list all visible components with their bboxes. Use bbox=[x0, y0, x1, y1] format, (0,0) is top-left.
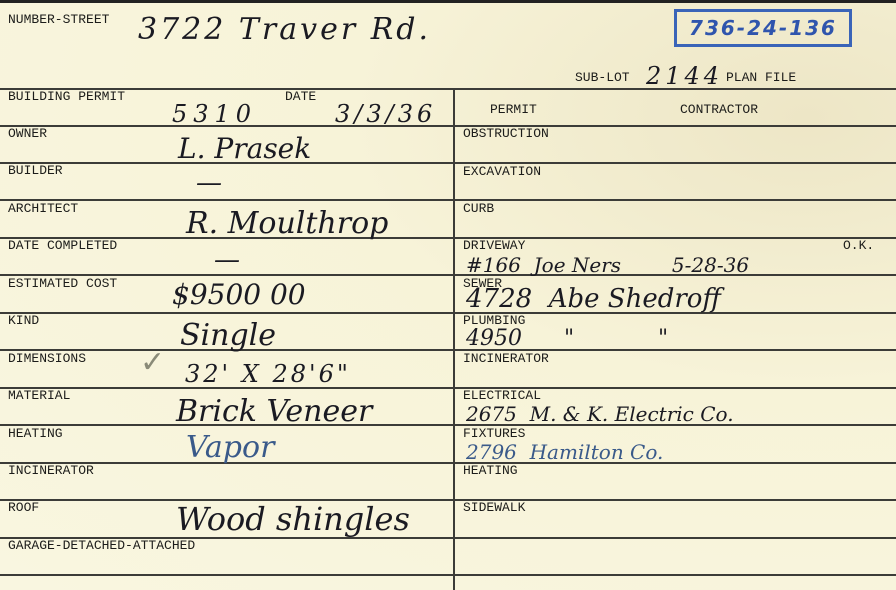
date-completed-value: — bbox=[214, 245, 240, 275]
owner-value: L. Prasek bbox=[178, 132, 311, 165]
material-label: MATERIAL bbox=[8, 388, 70, 403]
architect-value: R. Moulthrop bbox=[186, 206, 388, 241]
roof-label: ROOF bbox=[8, 500, 39, 515]
estimated-cost-value: $9500 00 bbox=[172, 278, 306, 311]
electrical-label: ELECTRICAL bbox=[463, 388, 541, 403]
dimensions-label: DIMENSIONS bbox=[8, 351, 86, 366]
builder-value: — bbox=[196, 168, 222, 198]
sub-lot-value: 2144 bbox=[646, 62, 723, 90]
file-number-stamp: 736-24-136 bbox=[674, 9, 852, 47]
number-street-label: NUMBER-STREET bbox=[8, 12, 109, 27]
material-value: Brick Veneer bbox=[176, 394, 372, 429]
contractor-header: CONTRACTOR bbox=[680, 102, 758, 117]
date-label: DATE bbox=[285, 89, 316, 104]
owner-label: OWNER bbox=[8, 126, 47, 141]
check-mark-icon: ✓ bbox=[140, 345, 165, 380]
kind-label: KIND bbox=[8, 313, 39, 328]
ok-label: O.K. bbox=[843, 238, 874, 253]
plan-file-label: PLAN FILE bbox=[726, 70, 796, 85]
heating-permit-label: HEATING bbox=[463, 463, 518, 478]
kind-value: Single bbox=[180, 318, 276, 353]
sub-lot-label: SUB-LOT bbox=[575, 70, 630, 85]
incinerator-permit-label: INCINERATOR bbox=[463, 351, 549, 366]
plumbing-value: 4950 " " bbox=[466, 326, 668, 351]
dimensions-value: 32' X 28'6" bbox=[185, 360, 351, 388]
sidewalk-label: SIDEWALK bbox=[463, 500, 525, 515]
permit-header: PERMIT bbox=[490, 102, 537, 117]
fixtures-label: FIXTURES bbox=[463, 426, 525, 441]
electrical-value: 2675 M. & K. Electric Co. bbox=[466, 402, 734, 426]
sewer-value: 4728 Abe Shedroff bbox=[466, 284, 721, 314]
driveway-label: DRIVEWAY bbox=[463, 238, 525, 253]
date-value: 3/3/36 bbox=[335, 100, 436, 128]
date-completed-label: DATE COMPLETED bbox=[8, 238, 117, 253]
building-permit-label: BUILDING PERMIT bbox=[8, 89, 125, 104]
obstruction-label: OBSTRUCTION bbox=[463, 126, 549, 141]
building-permit-value: 5310 bbox=[172, 100, 257, 128]
heating-label: HEATING bbox=[8, 426, 63, 441]
heating-value: Vapor bbox=[186, 430, 274, 465]
excavation-label: EXCAVATION bbox=[463, 164, 541, 179]
estimated-cost-label: ESTIMATED COST bbox=[8, 276, 117, 291]
garage-label: GARAGE-DETACHED-ATTACHED bbox=[8, 538, 195, 553]
permit-card: NUMBER-STREET 3722 Traver Rd. 736-24-136… bbox=[0, 0, 896, 590]
driveway-value: #166 Joe Ners 5-28-36 bbox=[466, 253, 749, 277]
curb-label: CURB bbox=[463, 201, 494, 216]
number-street-value: 3722 Traver Rd. bbox=[138, 12, 431, 47]
top-edge bbox=[0, 0, 896, 3]
incinerator-label: INCINERATOR bbox=[8, 463, 94, 478]
architect-label: ARCHITECT bbox=[8, 201, 78, 216]
roof-value: Wood shingles bbox=[176, 500, 410, 538]
fixtures-value: 2796 Hamilton Co. bbox=[466, 440, 663, 464]
column-divider bbox=[453, 89, 455, 590]
builder-label: BUILDER bbox=[8, 163, 63, 178]
